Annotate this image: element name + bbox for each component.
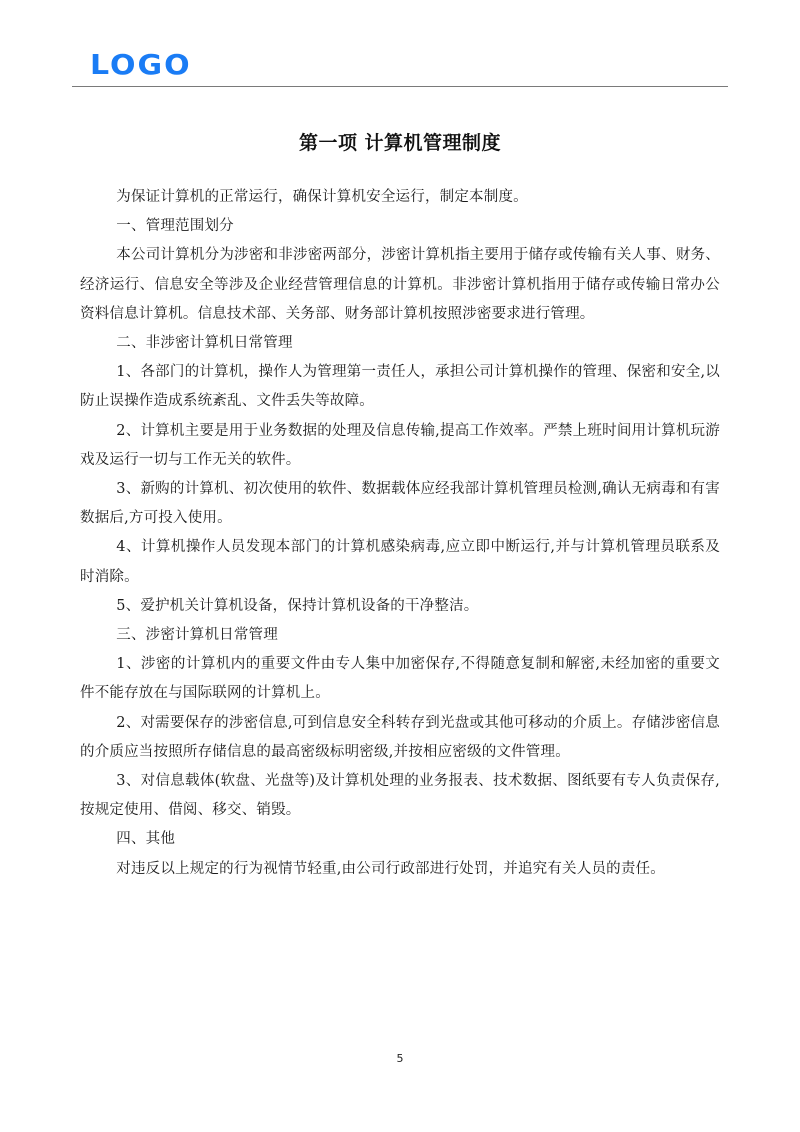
scope-paragraph: 本公司计算机分为涉密和非涉密两部分，涉密计算机指主要用于储存或传输有关人事、财务…: [80, 241, 720, 329]
section-heading-classified: 三、涉密计算机日常管理: [80, 621, 720, 650]
section-heading-scope: 一、管理范围划分: [80, 212, 720, 241]
document-body: 为保证计算机的正常运行，确保计算机安全运行，制定本制度。 一、管理范围划分 本公…: [80, 183, 720, 884]
non-classified-item-2: 2、计算机主要是用于业务数据的处理及信息传输,提高工作效率。严禁上班时间用计算机…: [80, 417, 720, 475]
section-heading-non-classified: 二、非涉密计算机日常管理: [80, 329, 720, 358]
classified-item-3: 3、对信息载体(软盘、光盘等)及计算机处理的业务报表、技术数据、图纸要有专人负责…: [80, 767, 720, 825]
non-classified-item-5: 5、爱护机关计算机设备，保持计算机设备的干净整洁。: [80, 592, 720, 621]
logo: LOGO: [90, 52, 192, 80]
page-header: LOGO: [72, 40, 728, 88]
document-title: 第一项 计算机管理制度: [0, 128, 800, 155]
classified-item-1: 1、涉密的计算机内的重要文件由专人集中加密保存,不得随意复制和解密,未经加密的重…: [80, 650, 720, 708]
classified-item-2: 2、对需要保存的涉密信息,可到信息安全科转存到光盘或其他可移动的介质上。存储涉密…: [80, 709, 720, 767]
non-classified-item-1: 1、各部门的计算机，操作人为管理第一责任人，承担公司计算机操作的管理、保密和安全…: [80, 358, 720, 416]
non-classified-item-4: 4、计算机操作人员发现本部门的计算机感染病毒,应立即中断运行,并与计算机管理员联…: [80, 533, 720, 591]
non-classified-item-3: 3、新购的计算机、初次使用的软件、数据载体应经我部计算机管理员检测,确认无病毒和…: [80, 475, 720, 533]
header-divider: [72, 86, 728, 87]
page-number: 5: [0, 1052, 800, 1065]
intro-paragraph: 为保证计算机的正常运行，确保计算机安全运行，制定本制度。: [80, 183, 720, 212]
section-heading-other: 四、其他: [80, 825, 720, 854]
other-paragraph: 对违反以上规定的行为视情节轻重,由公司行政部进行处罚，并追究有关人员的责任。: [80, 855, 720, 884]
